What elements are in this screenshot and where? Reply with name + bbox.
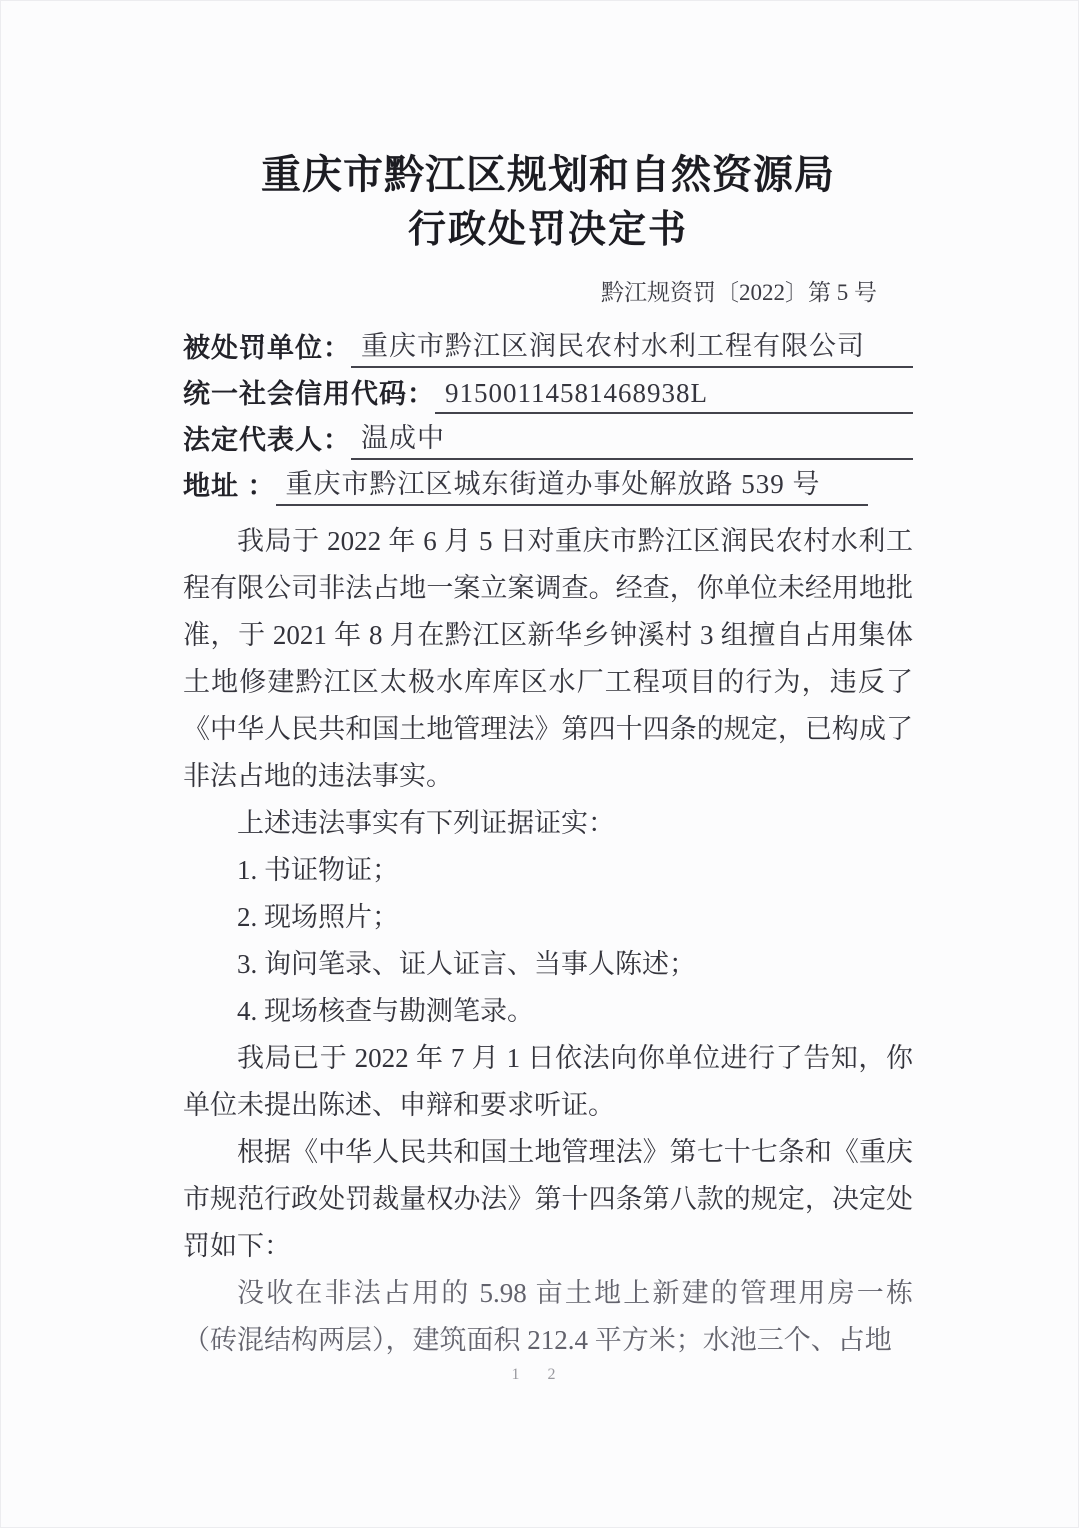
evidence-item-1: 1. 书证物证； <box>183 847 913 894</box>
field-value-address: 重庆市黔江区城东街道办事处解放路 539 号 <box>276 462 868 506</box>
field-label-credit-code: 统一社会信用代码： <box>183 372 435 414</box>
paragraph-legal-basis: 根据《中华人民共和国土地管理法》第七十七条和《重庆市规范行政处罚裁量权办法》第十… <box>183 1129 913 1270</box>
field-value-legal-representative: 温成中 <box>351 416 913 460</box>
paragraph-case-facts: 我局于 2022 年 6 月 5 日对重庆市黔江区润民农村水利工程有限公司非法占… <box>183 518 913 800</box>
document-page: 重庆市黔江区规划和自然资源局 行政处罚决定书 黔江规资罚〔2022〕第 5 号 … <box>0 0 1079 1528</box>
field-label-punished-unit: 被处罚单位： <box>183 326 351 368</box>
document-number: 黔江规资罚〔2022〕第 5 号 <box>183 278 913 308</box>
evidence-item-4: 4. 现场核查与勘测笔录。 <box>183 988 913 1035</box>
field-value-punished-unit: 重庆市黔江区润民农村水利工程有限公司 <box>351 324 913 368</box>
field-value-credit-code: 91500114581468938L <box>435 378 913 414</box>
evidence-item-3: 3. 询问笔录、证人证言、当事人陈述； <box>183 941 913 988</box>
field-row-address: 地址 ： 重庆市黔江区城东街道办事处解放路 539 号 <box>183 460 913 506</box>
field-label-address: 地址 ： <box>183 464 276 506</box>
field-row-credit-code: 统一社会信用代码： 91500114581468938L <box>183 368 913 414</box>
document-body: 我局于 2022 年 6 月 5 日对重庆市黔江区润民农村水利工程有限公司非法占… <box>183 518 913 1364</box>
paragraph-penalty-decision: 没收在非法占用的 5.98 亩土地上新建的管理用房一栋（砖混结构两层），建筑面积… <box>183 1270 913 1364</box>
paragraph-notification: 我局已于 2022 年 7 月 1 日依法向你单位进行了告知，你单位未提出陈述、… <box>183 1035 913 1129</box>
evidence-item-2: 2. 现场照片； <box>183 894 913 941</box>
header-fields: 被处罚单位： 重庆市黔江区润民农村水利工程有限公司 统一社会信用代码： 9150… <box>183 322 913 506</box>
field-row-punished-unit: 被处罚单位： 重庆市黔江区润民农村水利工程有限公司 <box>183 322 913 368</box>
issuer-title: 重庆市黔江区规划和自然资源局 <box>183 150 913 200</box>
document-type-title: 行政处罚决定书 <box>183 206 913 254</box>
document-content: 重庆市黔江区规划和自然资源局 行政处罚决定书 黔江规资罚〔2022〕第 5 号 … <box>183 150 913 1364</box>
page-number: 1 2 <box>0 1366 1079 1384</box>
field-row-legal-representative: 法定代表人： 温成中 <box>183 414 913 460</box>
paragraph-evidence-intro: 上述违法事实有下列证据证实： <box>183 800 913 847</box>
field-label-legal-representative: 法定代表人： <box>183 418 351 460</box>
